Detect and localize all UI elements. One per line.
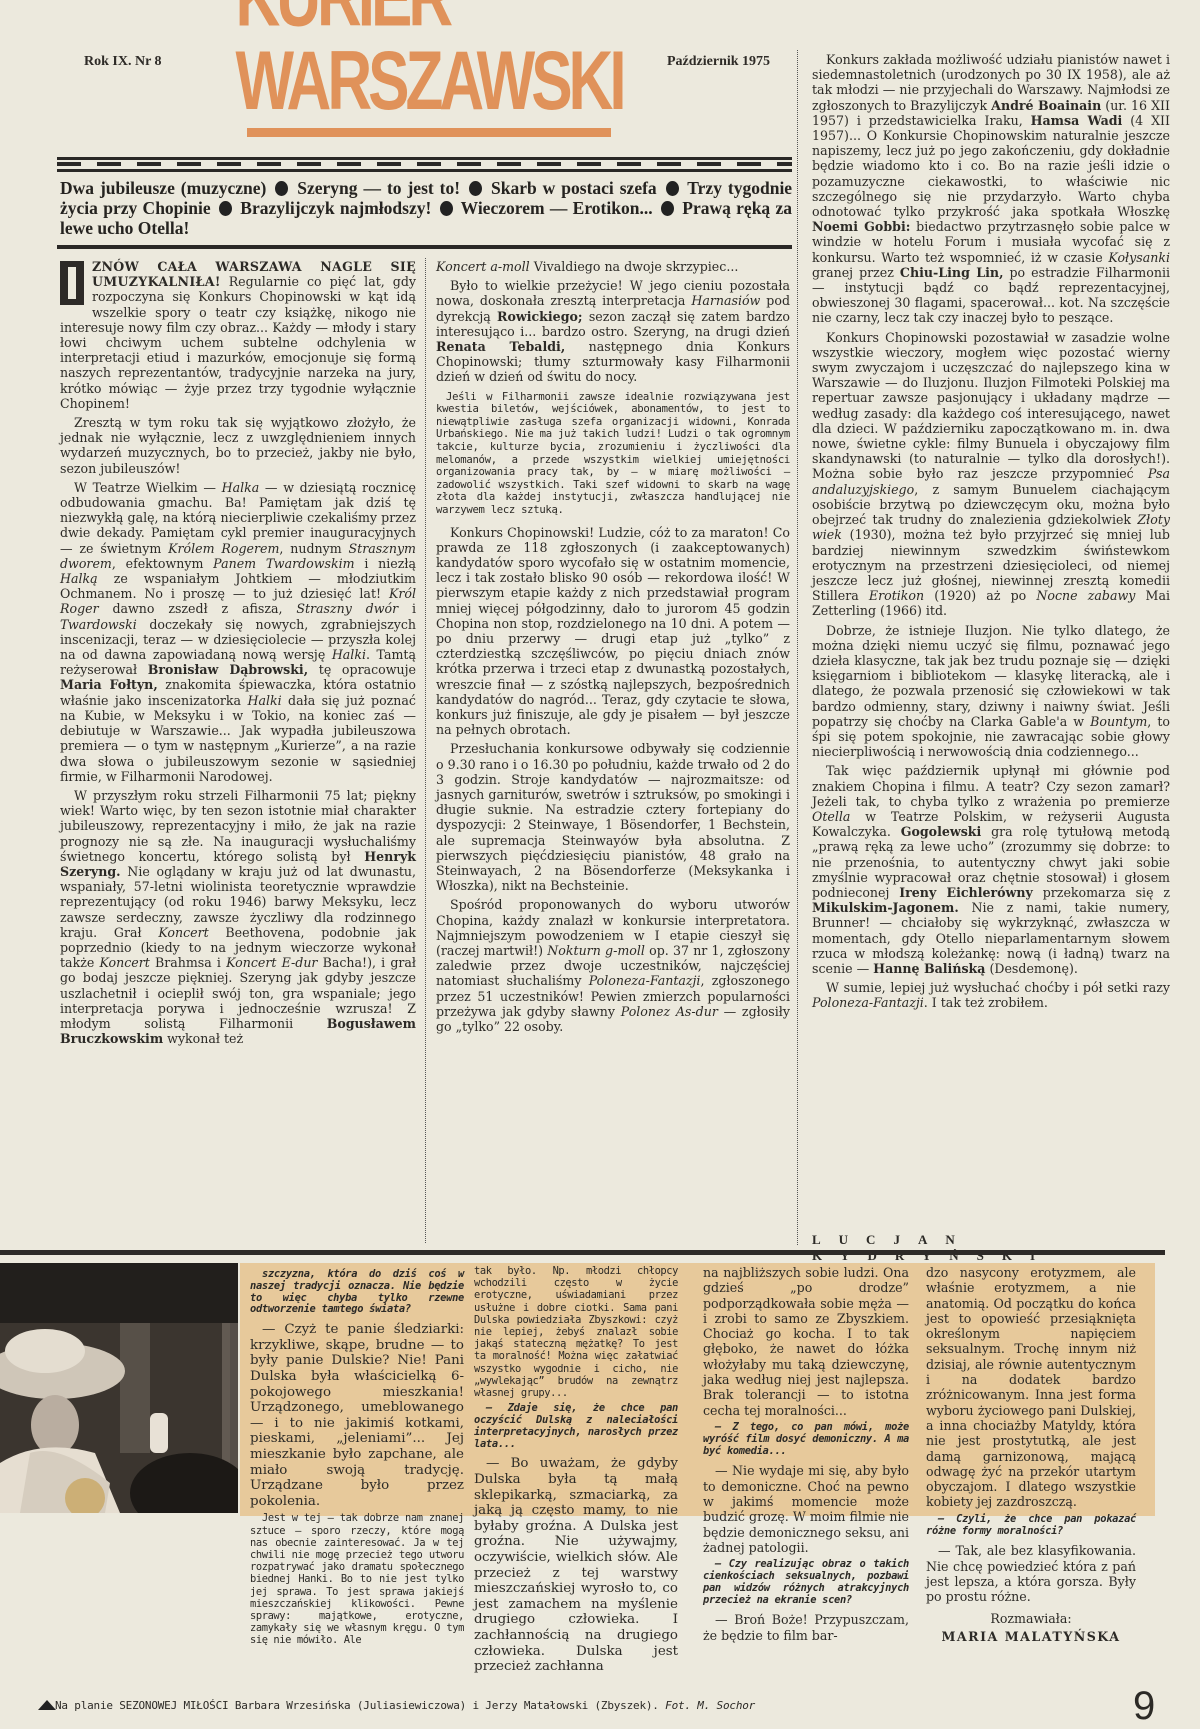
issue-date: Październik 1975 bbox=[667, 54, 770, 70]
caption-arrow-icon bbox=[38, 1700, 56, 1710]
interview-answer: na najbliższych sobie ludzi. Ona gdzieś … bbox=[703, 1265, 909, 1418]
section-divider bbox=[0, 1250, 1165, 1255]
interview-answer: — Czyż te panie śledziarki: krzykliwe, s… bbox=[250, 1322, 464, 1509]
paragraph: Koncert a-moll Vivaldiego na dwoje skrzy… bbox=[436, 259, 790, 274]
interview-answer: — Tak, ale bez klasyfikowania. Nie chcę … bbox=[926, 1543, 1136, 1604]
article-byline: LUCJAN KYDRYŃSKI bbox=[812, 1232, 1200, 1264]
column-separator bbox=[797, 50, 798, 1245]
sidebar-note: Jeśli w Filharmonii zawsze idealnie rozw… bbox=[436, 391, 790, 517]
bullet-icon bbox=[219, 201, 232, 216]
interview-column-1: szczyzna, która do dziś coś w naszej tra… bbox=[250, 1265, 464, 1650]
paragraph: W przyszłym roku strzeli Filharmonii 75 … bbox=[60, 788, 416, 1046]
logo-underline bbox=[247, 128, 611, 137]
masthead-rule-bottom bbox=[57, 169, 792, 172]
interview-answer: — Nie wydaje mi się, aby było to demonic… bbox=[703, 1463, 909, 1555]
paragraph: Konkurs Chopinowski pozostawiał w zasadz… bbox=[812, 330, 1170, 619]
photo-illustration bbox=[0, 1263, 238, 1513]
interview-panel: szczyzna, która do dziś coś w naszej tra… bbox=[240, 1263, 1155, 1516]
bullet-icon bbox=[275, 181, 288, 196]
paragraph: W sumie, lepiej już wysłuchać choćby i p… bbox=[812, 980, 1170, 1010]
photo-credit: Fot. M. Sochor bbox=[665, 1699, 755, 1712]
interviewer-name: MARIA MALATYŃSKA bbox=[926, 1629, 1136, 1644]
masthead-rule-top bbox=[57, 157, 792, 160]
paragraph: Konkurs zakłada możliwość udziału pianis… bbox=[812, 52, 1170, 326]
paragraph: Zresztą w tym roku tak się wyjątkowo zło… bbox=[60, 415, 416, 476]
paragraph: Dobrze, że istnieje Iluzjon. Nie tylko d… bbox=[812, 623, 1170, 760]
interview-answer: dzo nasycony erotyzmem, ale właśnie erot… bbox=[926, 1265, 1136, 1510]
interview-column-3: na najbliższych sobie ludzi. Ona gdzieś … bbox=[703, 1265, 909, 1646]
film-still-photo bbox=[0, 1263, 238, 1513]
interviewer-label: Rozmawiała: bbox=[926, 1611, 1136, 1626]
paragraph: Konkurs Chopinowski! Ludzie, cóż to za m… bbox=[436, 525, 790, 738]
teaser: Wieczorem — Erotikon... bbox=[461, 198, 653, 218]
article-column-1: ZNÓW CAŁA WARSZAWA NAGLE SIĘ UMUZYKALNIŁ… bbox=[60, 259, 416, 1050]
teaser: Dwa jubileusze (muzyczne) bbox=[60, 178, 266, 198]
interview-question: — Czyli, że chce pan pokazać różne formy… bbox=[926, 1514, 1136, 1538]
interview-question: — Z tego, co pan mówi, może wyróść film … bbox=[703, 1422, 909, 1457]
interview-question: szczyzna, która do dziś coś w naszej tra… bbox=[250, 1269, 464, 1316]
interview-question: — Zdaje się, że chce pan oczyścić Dulską… bbox=[474, 1403, 678, 1450]
interview-column-4: dzo nasycony erotyzmem, ale właśnie erot… bbox=[926, 1265, 1136, 1647]
paragraph: Tak więc październik upłynął mi głównie … bbox=[812, 763, 1170, 976]
bullet-icon bbox=[469, 181, 482, 196]
bullet-icon bbox=[440, 201, 453, 216]
interview-column-2: tak było. Np. młodzi chłopcy wchodzili c… bbox=[474, 1265, 678, 1678]
interview-answer: — Broń Boże! Przypuszczam, że będzie to … bbox=[703, 1612, 909, 1643]
page-number: 9 bbox=[1133, 1684, 1155, 1729]
lead-paragraph: ZNÓW CAŁA WARSZAWA NAGLE SIĘ UMUZYKALNIŁ… bbox=[60, 259, 416, 411]
bullet-icon bbox=[666, 181, 679, 196]
paragraph: Spośród proponowanych do wyboru utworów … bbox=[436, 897, 790, 1034]
masthead-logo: KURIER WARSZAWSKI bbox=[247, 36, 611, 132]
masthead-rule-dashed bbox=[57, 162, 792, 166]
bullet-icon bbox=[661, 201, 674, 216]
teaser: Szeryng — to jest to! bbox=[297, 178, 460, 198]
dropcap-i bbox=[60, 261, 84, 305]
article-column-2: Koncert a-moll Vivaldiego na dwoje skrzy… bbox=[436, 259, 790, 1038]
article-column-3: Konkurs zakłada możliwość udziału pianis… bbox=[812, 52, 1170, 1015]
headline-teasers: Dwa jubileusze (muzyczne) Szeryng — to j… bbox=[60, 178, 792, 238]
paragraph: Było to wielkie przeżycie! W jego cieniu… bbox=[436, 278, 790, 384]
teaser: Skarb w postaci szefa bbox=[491, 178, 657, 198]
logo-text: KURIER WARSZAWSKI bbox=[247, 5, 611, 124]
interview-question: — Czy realizując obraz o takich cienkośc… bbox=[703, 1559, 909, 1606]
issue-number: Rok IX. Nr 8 bbox=[84, 54, 162, 70]
teaser: Brazylijczyk najmłodszy! bbox=[240, 198, 431, 218]
interview-answer: Jest w tej — tak dobrze nam znanej sztuc… bbox=[250, 1512, 464, 1646]
column-separator bbox=[425, 258, 426, 1243]
headline-rule bbox=[57, 245, 792, 249]
interview-answer: — Bo uważam, że gdyby Dulska była tą mał… bbox=[474, 1456, 678, 1674]
interview-answer: tak było. Np. młodzi chłopcy wchodzili c… bbox=[474, 1265, 678, 1399]
paragraph: Przesłuchania konkursowe odbywały się co… bbox=[436, 741, 790, 893]
paragraph: W Teatrze Wielkim — Halka — w dziesiątą … bbox=[60, 480, 416, 784]
photo-caption: Na planie SEZONOWEJ MIŁOŚCI Barbara Wrze… bbox=[55, 1699, 755, 1712]
